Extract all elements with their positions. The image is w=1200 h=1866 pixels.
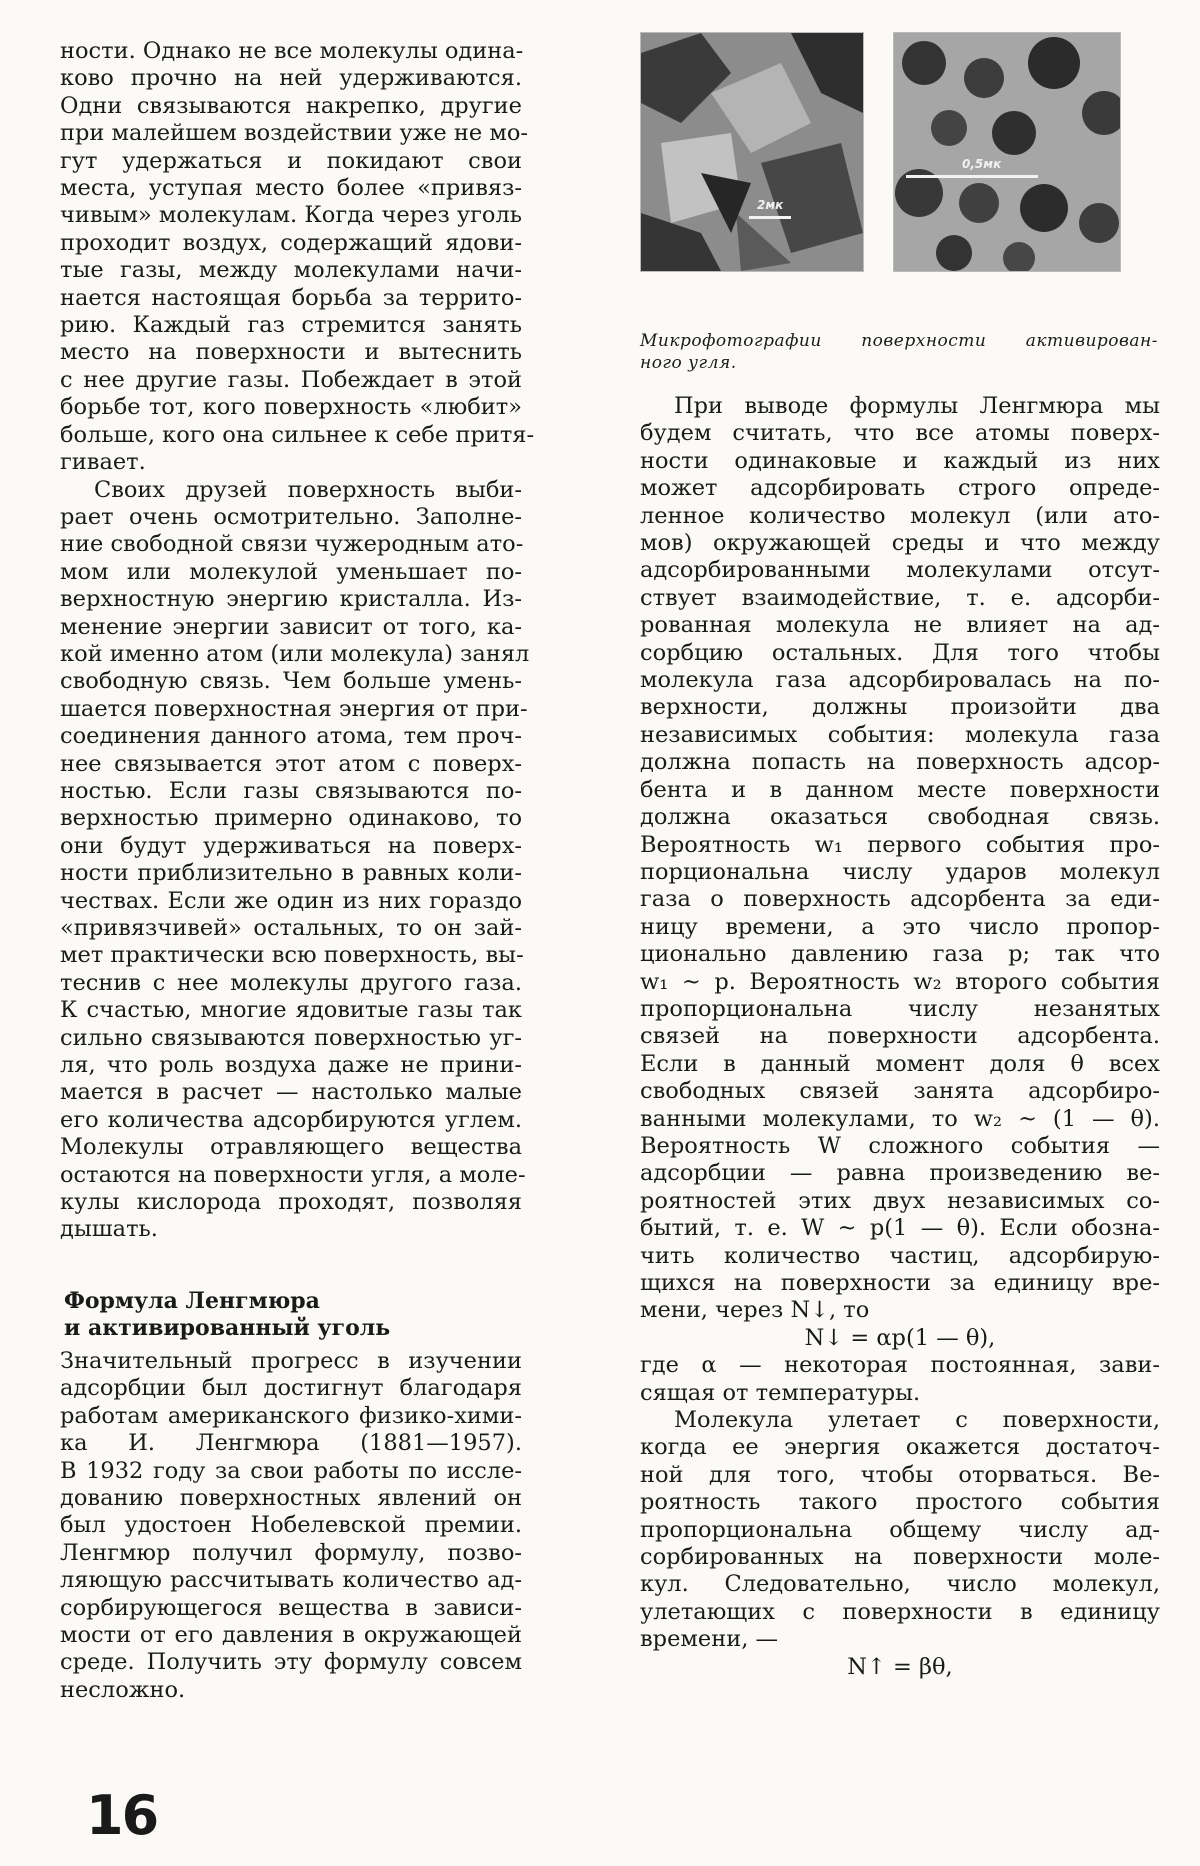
paragraph: Молекула улетает с поверхности,когда ее … bbox=[640, 1407, 1160, 1654]
text-line: При выводе формулы Ленгмюра мы bbox=[640, 393, 1160, 420]
caption-line: Микрофотографии поверхности активирован- bbox=[640, 330, 1158, 352]
text-line: они будут удерживаться на поверх- bbox=[60, 833, 522, 860]
text-line: мается в расчет — настолько малые bbox=[60, 1079, 522, 1106]
text-line: независимых события: молекула газа bbox=[640, 722, 1160, 749]
text-line: пропорциональна числу незанятых bbox=[640, 996, 1160, 1023]
text-line: Молекула улетает с поверхности, bbox=[640, 1407, 1160, 1434]
text-line: места, уступая место более «привяз- bbox=[60, 175, 522, 202]
scale-bar-left bbox=[749, 216, 791, 219]
formula-adsorption-rate: N↓ = αp(1 — θ), bbox=[640, 1325, 1160, 1352]
text-line: будем считать, что все атомы поверх- bbox=[640, 420, 1160, 447]
text-line: ка И. Ленгмюра (1881—1957). bbox=[60, 1430, 522, 1457]
micrograph-left: 2мк bbox=[640, 32, 864, 272]
text-line: роятность такого простого события bbox=[640, 1489, 1160, 1516]
text-line: Вероятность W сложного события — bbox=[640, 1133, 1160, 1160]
text-line: гивает. bbox=[60, 449, 522, 476]
text-line: сящая от температуры. bbox=[640, 1380, 1160, 1407]
text-line: бытий, т. е. W ~ p(1 — θ). Если обозна- bbox=[640, 1215, 1160, 1242]
text-line: мости от его давления в окружающей bbox=[60, 1622, 522, 1649]
formula-desorption-rate: N↑ = βθ, bbox=[640, 1654, 1160, 1681]
text-line: Молекулы отравляющего вещества bbox=[60, 1134, 522, 1161]
text-line: Значительный прогресс в изучении bbox=[60, 1348, 522, 1375]
text-line: В 1932 году за свои работы по иссле- bbox=[60, 1458, 522, 1485]
text-line: рает очень осмотрительно. Заполне- bbox=[60, 504, 522, 531]
text-line: Ленгмюр получил формулу, позво- bbox=[60, 1540, 522, 1567]
scale-label-right: 0,5мк bbox=[962, 157, 1001, 171]
text-line: роятностей этих двух независимых со- bbox=[640, 1188, 1160, 1215]
text-line: должна оказаться свободная связь. bbox=[640, 804, 1160, 831]
text-line: ние свободной связи чужеродным ато- bbox=[60, 531, 522, 558]
text-line: больше, кого она сильнее к себе притя- bbox=[60, 422, 522, 449]
text-line: соединения данного атома, тем проч- bbox=[60, 723, 522, 750]
text-line: ной для того, чтобы оторваться. Ве- bbox=[640, 1462, 1160, 1489]
text-line: мет практически всю поверхность, вы- bbox=[60, 942, 522, 969]
text-line: ляющую рассчитывать количество ад- bbox=[60, 1567, 522, 1594]
paragraph: Значительный прогресс в изученииадсорбци… bbox=[60, 1348, 522, 1704]
text-line: мени, через N↓, то bbox=[640, 1297, 1160, 1324]
text-line: нее связывается этот атом с поверх- bbox=[60, 751, 522, 778]
text-line: щихся на поверхности за единицу вре- bbox=[640, 1270, 1160, 1297]
text-line: борьбе тот, кого поверхность «любит» bbox=[60, 394, 522, 421]
text-line: свободную связь. Чем больше умень- bbox=[60, 668, 522, 695]
text-line: несложно. bbox=[60, 1677, 522, 1704]
text-line: рованная молекула не влияет на ад- bbox=[640, 612, 1160, 639]
text-line: сорбирующегося вещества в зависи- bbox=[60, 1595, 522, 1622]
text-line: ствует взаимодействие, т. е. адсорби- bbox=[640, 585, 1160, 612]
text-line: w₁ ~ p. Вероятность w₂ второго события bbox=[640, 969, 1160, 996]
text-line: газа о поверхность адсорбента за еди- bbox=[640, 886, 1160, 913]
text-line: может адсорбировать строго опреде- bbox=[640, 475, 1160, 502]
text-line: связей на поверхности адсорбента. bbox=[640, 1023, 1160, 1050]
text-line: работам американского физико-хими- bbox=[60, 1403, 522, 1430]
text-line: среде. Получить эту формулу совсем bbox=[60, 1649, 522, 1676]
text-line: ционально давлению газа p; так что bbox=[640, 941, 1160, 968]
text-line: сорбированных на поверхности моле- bbox=[640, 1544, 1160, 1571]
text-line: пропорциональна общему числу ад- bbox=[640, 1517, 1160, 1544]
text-line: чить количество частиц, адсорбирую- bbox=[640, 1243, 1160, 1270]
page-number: 16 bbox=[86, 1784, 157, 1847]
text-line: ля, что роль воздуха даже не прини- bbox=[60, 1052, 522, 1079]
text-line: Вероятность w₁ первого события про- bbox=[640, 832, 1160, 859]
text-line: ности. Однако не все молекулы одина- bbox=[60, 38, 522, 65]
text-line: кул. Следовательно, число молекул, bbox=[640, 1571, 1160, 1598]
text-line: где α — некоторая постоянная, зави- bbox=[640, 1352, 1160, 1379]
section-heading-line: Формула Ленгмюра bbox=[64, 1288, 522, 1315]
micrograph-texture-right bbox=[894, 33, 1120, 271]
text-line: адсорбции был достигнут благодаря bbox=[60, 1375, 522, 1402]
text-line: сильно связываются поверхностью уг- bbox=[60, 1025, 522, 1052]
paragraph: Своих друзей поверхность выби-рает очень… bbox=[60, 477, 522, 1244]
text-line: ванными молекулами, то w₂ ~ (1 — θ). bbox=[640, 1106, 1160, 1133]
text-line: верхности, должны произойти два bbox=[640, 694, 1160, 721]
text-line: «привязчивей» остальных, то он зай- bbox=[60, 915, 522, 942]
text-line: адсорбции — равна произведению ве- bbox=[640, 1160, 1160, 1187]
text-line: Своих друзей поверхность выби- bbox=[60, 477, 522, 504]
text-line: когда ее энергия окажется достаточ- bbox=[640, 1434, 1160, 1461]
text-line: улетающих с поверхности в единицу bbox=[640, 1599, 1160, 1626]
text-line: сорбцию остальных. Для того чтобы bbox=[640, 640, 1160, 667]
micrograph-right: 0,5мк bbox=[893, 32, 1121, 272]
scale-bar-right bbox=[906, 175, 1038, 178]
text-line: верхностью примерно одинаково, то bbox=[60, 805, 522, 832]
text-line: мов) окружающей среды и что между bbox=[640, 530, 1160, 557]
text-line: тые газы, между молекулами начи- bbox=[60, 257, 522, 284]
text-line: при малейшем воздействии уже не мо- bbox=[60, 120, 522, 147]
text-line: был удостоен Нобелевской премии. bbox=[60, 1512, 522, 1539]
text-line: ково прочно на ней удерживаются. bbox=[60, 65, 522, 92]
text-line: ности приблизительно в равных коли- bbox=[60, 860, 522, 887]
text-line: дованию поверхностных явлений он bbox=[60, 1485, 522, 1512]
text-line: адсорбированными молекулами отсут- bbox=[640, 557, 1160, 584]
micrograph-texture-left bbox=[641, 33, 863, 271]
text-line: остаются на поверхности угля, а моле- bbox=[60, 1162, 522, 1189]
text-line: ности одинаковые и каждый из них bbox=[640, 448, 1160, 475]
text-line: верхностную энергию кристалла. Из- bbox=[60, 586, 522, 613]
text-line: теснив с нее молекулы другого газа. bbox=[60, 970, 522, 997]
paragraph: При выводе формулы Ленгмюра мыбудем счит… bbox=[640, 393, 1160, 1325]
photo-caption: Микрофотографии поверхности активирован-… bbox=[640, 330, 1158, 374]
text-line: чивым» молекулам. Когда через уголь bbox=[60, 202, 522, 229]
text-line: его количества адсорбируются углем. bbox=[60, 1107, 522, 1134]
section-heading: Формула Ленгмюра и активированный уголь bbox=[64, 1288, 522, 1342]
text-line: шается поверхностная энергия от при- bbox=[60, 696, 522, 723]
text-line: Если в данный момент доля θ всех bbox=[640, 1051, 1160, 1078]
text-line: чествах. Если же один из них гораздо bbox=[60, 888, 522, 915]
text-line: молекула газа адсорбировалась на по- bbox=[640, 667, 1160, 694]
text-line: бента и в данном месте поверхности bbox=[640, 777, 1160, 804]
text-line: ностью. Если газы связываются по- bbox=[60, 778, 522, 805]
text-line: гут удержаться и покидают свои bbox=[60, 148, 522, 175]
left-column: ности. Однако не все молекулы одина-ково… bbox=[60, 38, 522, 1704]
text-line: К счастью, многие ядовитые газы так bbox=[60, 997, 522, 1024]
section-heading-line: и активированный уголь bbox=[64, 1315, 522, 1342]
text-line: свободных связей занята адсорбиро- bbox=[640, 1078, 1160, 1105]
text-line: Одни связываются накрепко, другие bbox=[60, 93, 522, 120]
scale-label-left: 2мк bbox=[757, 198, 783, 212]
text-line: рию. Каждый газ стремится занять bbox=[60, 312, 522, 339]
paragraph: ности. Однако не все молекулы одина-ково… bbox=[60, 38, 522, 477]
text-line: место на поверхности и вытеснить bbox=[60, 339, 522, 366]
text-line: ленное количество молекул (или ато- bbox=[640, 503, 1160, 530]
text-line: порциональна числу ударов молекул bbox=[640, 859, 1160, 886]
text-line: должна попасть на поверхность адсор- bbox=[640, 749, 1160, 776]
text-line: менение энергии зависит от того, ка- bbox=[60, 614, 522, 641]
text-line: кой именно атом (или молекула) занял bbox=[60, 641, 522, 668]
text-line: проходит воздух, содержащий ядови- bbox=[60, 230, 522, 257]
text-line: нается настоящая борьба за террито- bbox=[60, 285, 522, 312]
right-column: При выводе формулы Ленгмюра мыбудем счит… bbox=[640, 393, 1160, 1681]
caption-line: ного угля. bbox=[640, 352, 1158, 374]
text-line: с нее другие газы. Побеждает в этой bbox=[60, 367, 522, 394]
text-line: времени, — bbox=[640, 1626, 1160, 1653]
text-line: кулы кислорода проходят, позволяя bbox=[60, 1189, 522, 1216]
text-line: ницу времени, а это число пропор- bbox=[640, 914, 1160, 941]
text-line: мом или молекулой уменьшает по- bbox=[60, 559, 522, 586]
paragraph: где α — некоторая постоянная, зави-сящая… bbox=[640, 1352, 1160, 1407]
text-line: дышать. bbox=[60, 1216, 522, 1243]
